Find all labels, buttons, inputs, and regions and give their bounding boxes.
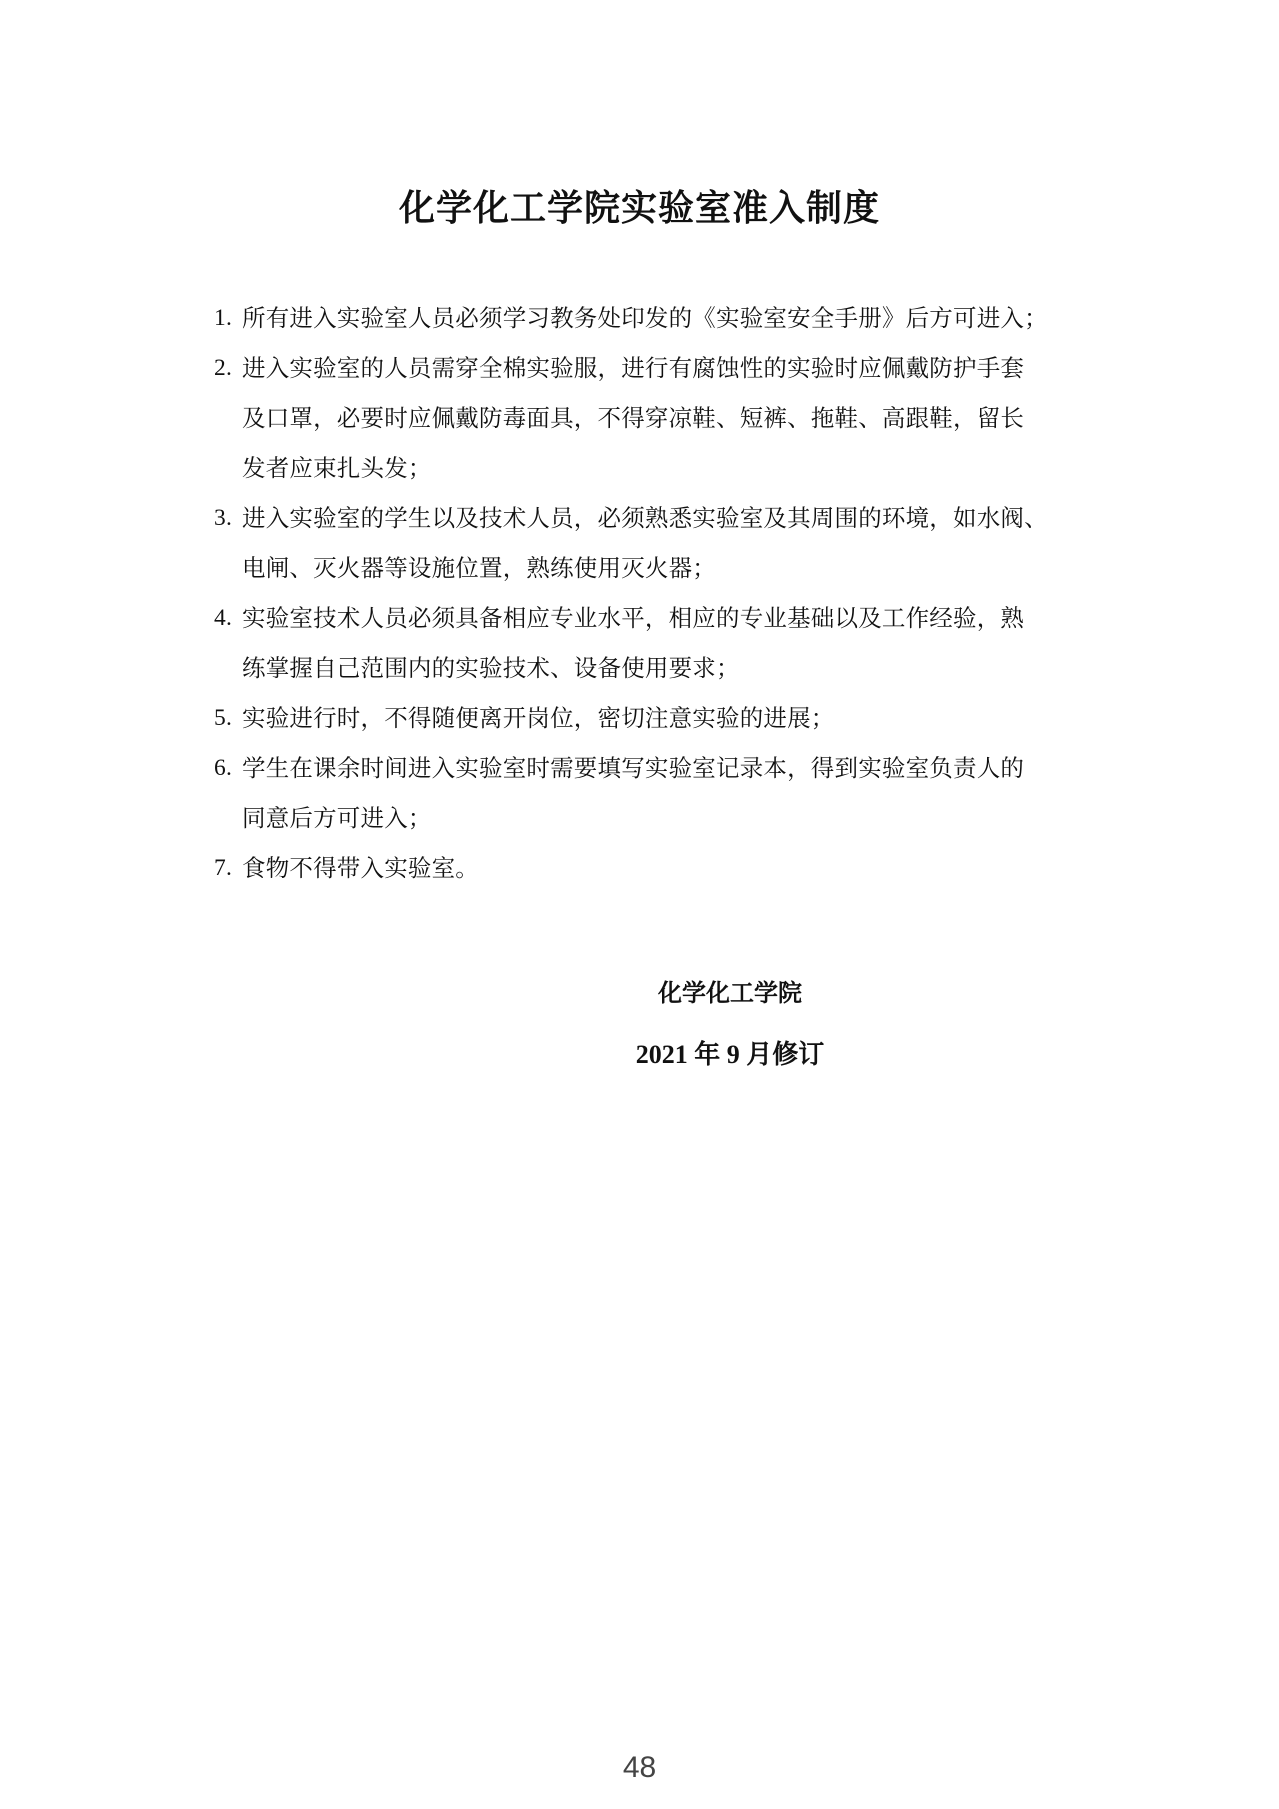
rule-text-line: 实验进行时，不得随便离开岗位，密切注意实验的进展；	[242, 693, 1090, 743]
signature-organization: 化学化工学院	[580, 973, 880, 1013]
rule-text-line: 及口罩，必要时应佩戴防毒面具，不得穿凉鞋、短裤、拖鞋、高跟鞋，留长	[242, 393, 1090, 443]
rule-text-line: 练掌握自己范围内的实验技术、设备使用要求；	[242, 643, 1090, 693]
page-number: 48	[0, 1748, 1279, 1788]
rule-text-line: 学生在课余时间进入实验室时需要填写实验室记录本，得到实验室负责人的	[242, 743, 1090, 793]
rule-item-7: 7. 食物不得带入实验室。	[214, 843, 1090, 893]
rule-number: 2.	[214, 343, 232, 393]
rule-number: 5.	[214, 693, 232, 743]
rule-item-4: 4. 实验室技术人员必须具备相应专业水平，相应的专业基础以及工作经验，熟 练掌握…	[214, 593, 1090, 693]
rule-number: 1.	[214, 293, 232, 343]
signature-date: 2021 年 9 月修订	[580, 1035, 880, 1075]
rule-text-line: 实验室技术人员必须具备相应专业水平，相应的专业基础以及工作经验，熟	[242, 593, 1090, 643]
rule-item-5: 5. 实验进行时，不得随便离开岗位，密切注意实验的进展；	[214, 693, 1090, 743]
rule-item-2: 2. 进入实验室的人员需穿全棉实验服，进行有腐蚀性的实验时应佩戴防护手套 及口罩…	[214, 343, 1090, 493]
page-title: 化学化工学院实验室准入制度	[0, 184, 1279, 234]
rule-text-line: 食物不得带入实验室。	[242, 843, 1090, 893]
rule-text-line: 进入实验室的人员需穿全棉实验服，进行有腐蚀性的实验时应佩戴防护手套	[242, 343, 1090, 393]
rule-item-1: 1. 所有进入实验室人员必须学习教务处印发的《实验室安全手册》后方可进入；	[214, 293, 1090, 343]
rules-list: 1. 所有进入实验室人员必须学习教务处印发的《实验室安全手册》后方可进入； 2.…	[214, 293, 1090, 893]
rule-text-line: 同意后方可进入；	[242, 793, 1090, 843]
rule-number: 6.	[214, 743, 232, 793]
rule-item-3: 3. 进入实验室的学生以及技术人员，必须熟悉实验室及其周围的环境，如水阀、 电闸…	[214, 493, 1090, 593]
rule-text-line: 发者应束扎头发；	[242, 443, 1090, 493]
rule-number: 4.	[214, 593, 232, 643]
rule-text-line: 电闸、灭火器等设施位置，熟练使用灭火器；	[242, 543, 1090, 593]
rule-item-6: 6. 学生在课余时间进入实验室时需要填写实验室记录本，得到实验室负责人的 同意后…	[214, 743, 1090, 843]
rule-text-line: 所有进入实验室人员必须学习教务处印发的《实验室安全手册》后方可进入；	[242, 293, 1090, 343]
rule-number: 3.	[214, 493, 232, 543]
rule-number: 7.	[214, 843, 232, 893]
rule-text-line: 进入实验室的学生以及技术人员，必须熟悉实验室及其周围的环境，如水阀、	[242, 493, 1090, 543]
